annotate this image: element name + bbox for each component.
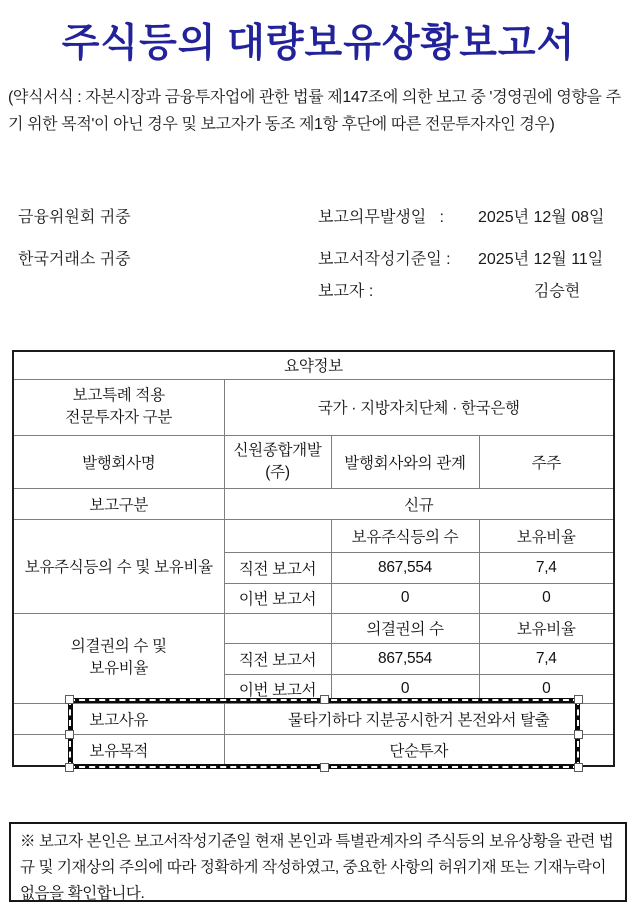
voting-ratio-header: 보유비율 xyxy=(479,613,614,643)
relation-label: 발행회사와의 관계 xyxy=(331,435,479,488)
selection-handle-middle-right[interactable] xyxy=(574,730,583,739)
empty-cell xyxy=(224,519,331,552)
holdings-prev-ratio: 7,4 xyxy=(479,552,614,583)
voting-prev-label: 직전 보고서 xyxy=(224,643,331,674)
document-subtitle: (약식서식 : 자본시장과 금융투자업에 관한 법률 제147조에 의한 보고 … xyxy=(8,84,632,138)
table-row: 보고특례 적용 전문투자자 구분 국가 · 지방자치단체 · 한국은행 xyxy=(13,379,614,435)
report-type-label: 보고구분 xyxy=(13,488,224,519)
selection-handle-top-left[interactable] xyxy=(65,695,74,704)
report-base-date-value: 2025년 12월 11일 xyxy=(478,246,636,269)
holdings-current-label: 이번 보고서 xyxy=(224,583,331,613)
selection-handle-bottom-left[interactable] xyxy=(65,763,74,772)
table-row: 요약정보 xyxy=(13,351,614,379)
holdings-ratio-header: 보유비율 xyxy=(479,519,614,552)
voting-count-header: 의결권의 수 xyxy=(331,613,479,643)
selection-handle-middle-left[interactable] xyxy=(65,730,74,739)
voting-section-label: 의결권의 수 및 보유비율 xyxy=(13,613,224,703)
selection-marquee[interactable] xyxy=(68,698,580,769)
special-investor-label: 보고특례 적용 전문투자자 구분 xyxy=(13,379,224,435)
holdings-current-count: 0 xyxy=(331,583,479,613)
report-base-date-label: 보고서작성기준일 : xyxy=(318,246,478,269)
recipient-financial-commission: 금융위원회 귀중 xyxy=(18,204,131,227)
report-base-date-row: 보고서작성기준일 : 2025년 12월 11일 xyxy=(318,246,636,269)
selection-handle-top-right[interactable] xyxy=(574,695,583,704)
holdings-section-label: 보유주식등의 수 및 보유비율 xyxy=(13,519,224,613)
selection-handle-bottom-right[interactable] xyxy=(574,763,583,772)
voting-prev-ratio: 7,4 xyxy=(479,643,614,674)
table-row: 보고구분 신규 xyxy=(13,488,614,519)
table-row: 의결권의 수 및 보유비율 의결권의 수 보유비율 xyxy=(13,613,614,643)
report-obligation-date-label: 보고의무발생일 : xyxy=(318,204,478,227)
reporter-name: 김승현 xyxy=(478,278,636,301)
special-investor-value: 국가 · 지방자치단체 · 한국은행 xyxy=(224,379,614,435)
report-obligation-date-row: 보고의무발생일 : 2025년 12월 08일 xyxy=(318,204,636,227)
certification-statement: ※ 보고자 본인은 보고서작성기준일 현재 본인과 특별관계자의 주식등의 보유… xyxy=(9,822,627,902)
table-row: 보유주식등의 수 및 보유비율 보유주식등의 수 보유비율 xyxy=(13,519,614,552)
document-title: 주식등의 대량보유상황보고서 xyxy=(0,12,637,68)
report-obligation-date-value: 2025년 12월 08일 xyxy=(478,204,636,227)
empty-cell xyxy=(224,613,331,643)
issuer-label: 발행회사명 xyxy=(13,435,224,488)
issuer-value: 신원종합개발 (주) xyxy=(224,435,331,488)
holdings-current-ratio: 0 xyxy=(479,583,614,613)
voting-prev-count: 867,554 xyxy=(331,643,479,674)
summary-table-title: 요약정보 xyxy=(13,351,614,379)
recipient-korea-exchange: 한국거래소 귀중 xyxy=(18,246,131,269)
report-document-page: 주식등의 대량보유상황보고서 (약식서식 : 자본시장과 금융투자업에 관한 법… xyxy=(0,0,637,921)
holdings-prev-label: 직전 보고서 xyxy=(224,552,331,583)
holdings-count-header: 보유주식등의 수 xyxy=(331,519,479,552)
report-type-value: 신규 xyxy=(224,488,614,519)
selection-handle-top-middle[interactable] xyxy=(320,695,329,704)
reporter-row: 보고자 : 김승현 xyxy=(318,278,636,301)
relation-value: 주주 xyxy=(479,435,614,488)
reporter-label: 보고자 : xyxy=(318,278,478,301)
selection-handle-bottom-middle[interactable] xyxy=(320,763,329,772)
holdings-prev-count: 867,554 xyxy=(331,552,479,583)
table-row: 발행회사명 신원종합개발 (주) 발행회사와의 관계 주주 xyxy=(13,435,614,488)
